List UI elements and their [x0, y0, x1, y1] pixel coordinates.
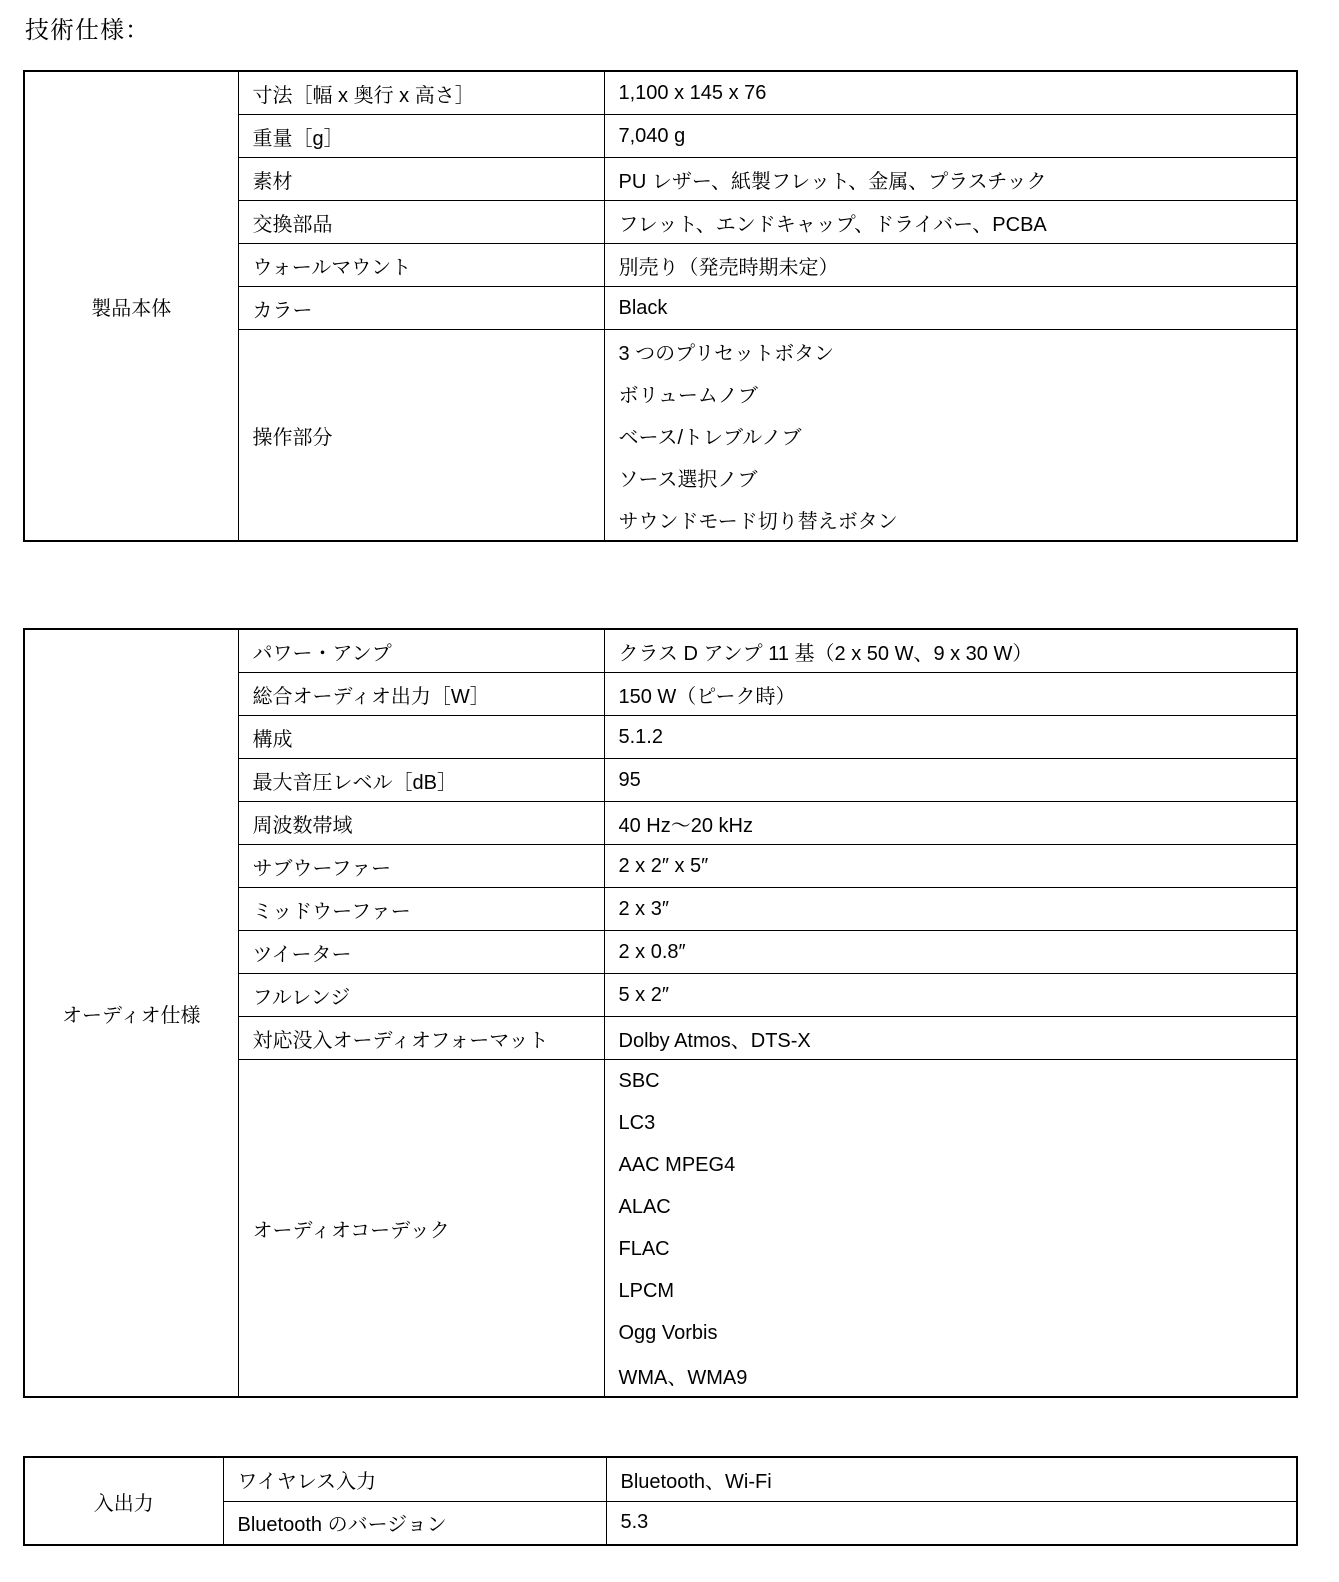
spec-value-line: 別売り（発売時期未定） [619, 244, 1291, 286]
spec-value-line: サウンドモード切り替えボタン [619, 498, 1291, 540]
spec-label-cell: 寸法［幅 x 奥行 x 高さ］ [238, 71, 604, 115]
spec-value-cell: Dolby Atmos、DTS-X [604, 1017, 1297, 1060]
spec-value-line: 5.1.2 [619, 716, 1291, 758]
spec-value-line: AAC MPEG4 [619, 1144, 1291, 1186]
spec-value-cell: Bluetooth、Wi-Fi [606, 1457, 1297, 1501]
table-row: オーディオ仕様パワー・アンプクラス D アンプ 11 基（2 x 50 W、9 … [24, 629, 1297, 673]
spec-value-cell: 5.3 [606, 1501, 1297, 1545]
spec-value-line: 3 つのプリセットボタン [619, 330, 1291, 372]
spec-value-cell: SBCLC3AAC MPEG4ALACFLACLPCMOgg VorbisWMA… [604, 1060, 1297, 1398]
spec-label-cell: 交換部品 [238, 201, 604, 244]
spec-value-line: ALAC [619, 1186, 1291, 1228]
spec-value-line: LPCM [619, 1270, 1291, 1312]
spec-value-cell: 2 x 3″ [604, 888, 1297, 931]
spec-value-cell: 別売り（発売時期未定） [604, 244, 1297, 287]
spec-value-cell: 5 x 2″ [604, 974, 1297, 1017]
spec-value-cell: 7,040 g [604, 115, 1297, 158]
spec-value-line: 95 [619, 759, 1291, 801]
spec-label-cell: ツイーター [238, 931, 604, 974]
group-header-cell: オーディオ仕様 [24, 629, 238, 1397]
spec-label-cell: 操作部分 [238, 330, 604, 542]
spec-tables-container: 製品本体寸法［幅 x 奥行 x 高さ］1,100 x 145 x 76重量［g］… [23, 70, 1296, 1546]
spec-value-line: FLAC [619, 1228, 1291, 1270]
spec-value-cell: 3 つのプリセットボタンボリュームノブベース/トレブルノブソース選択ノブサウンド… [604, 330, 1297, 542]
spec-label-cell: 重量［g］ [238, 115, 604, 158]
spec-value-line: クラス D アンプ 11 基（2 x 50 W、9 x 30 W） [619, 630, 1291, 672]
table-row: 製品本体寸法［幅 x 奥行 x 高さ］1,100 x 145 x 76 [24, 71, 1297, 115]
spec-label-cell: Bluetooth のバージョン [223, 1501, 606, 1545]
spec-label-cell: オーディオコーデック [238, 1060, 604, 1398]
spec-value-line: ソース選択ノブ [619, 456, 1291, 498]
spec-value-line: Black [619, 287, 1291, 329]
spec-value-cell: 95 [604, 759, 1297, 802]
spec-value-line: 1,100 x 145 x 76 [619, 72, 1291, 114]
spec-value-line: Bluetooth、Wi-Fi [621, 1458, 1291, 1500]
spec-label-cell: サブウーファー [238, 845, 604, 888]
spec-value-line: ベース/トレブルノブ [619, 414, 1291, 456]
page-title: 技術仕様： [25, 14, 150, 48]
spec-label-cell: 最大音圧レベル［dB］ [238, 759, 604, 802]
group-header-cell: 製品本体 [24, 71, 238, 541]
spec-value-line: ボリュームノブ [619, 372, 1291, 414]
spec-label-cell: 素材 [238, 158, 604, 201]
spec-label-cell: フルレンジ [238, 974, 604, 1017]
spec-value-cell: PU レザー、紙製フレット、金属、プラスチック [604, 158, 1297, 201]
spec-value-cell: フレット、エンドキャップ、ドライバー、PCBA [604, 201, 1297, 244]
spec-label-cell: 周波数帯域 [238, 802, 604, 845]
spec-value-cell: 2 x 0.8″ [604, 931, 1297, 974]
spec-value-line: LC3 [619, 1102, 1291, 1144]
spec-label-cell: パワー・アンプ [238, 629, 604, 673]
spec-label-cell: 対応没入オーディオフォーマット [238, 1017, 604, 1060]
spec-value-cell: 40 Hz～20 kHz [604, 802, 1297, 845]
spec-value-line: Ogg Vorbis [619, 1312, 1291, 1354]
table-row: 入出力ワイヤレス入力Bluetooth、Wi-Fi [24, 1457, 1297, 1501]
spec-value-cell: Black [604, 287, 1297, 330]
spec-value-line: 7,040 g [619, 115, 1291, 157]
spec-value-line: WMA、WMA9 [619, 1354, 1291, 1396]
spec-value-cell: クラス D アンプ 11 基（2 x 50 W、9 x 30 W） [604, 629, 1297, 673]
spec-value-line: 150 W（ピーク時） [619, 673, 1291, 715]
spec-value-cell: 150 W（ピーク時） [604, 673, 1297, 716]
spec-value-cell: 2 x 2″ x 5″ [604, 845, 1297, 888]
spec-label-cell: ウォールマウント [238, 244, 604, 287]
spec-value-line: 40 Hz～20 kHz [619, 802, 1291, 844]
spec-value-line: PU レザー、紙製フレット、金属、プラスチック [619, 158, 1291, 200]
spec-value-line: SBC [619, 1060, 1291, 1102]
spec-value-line: 5.3 [621, 1502, 1291, 1544]
spec-label-cell: 総合オーディオ出力［W］ [238, 673, 604, 716]
spec-label-cell: ワイヤレス入力 [223, 1457, 606, 1501]
spec-value-line: フレット、エンドキャップ、ドライバー、PCBA [619, 201, 1291, 243]
spec-value-line: Dolby Atmos、DTS-X [619, 1017, 1291, 1059]
spec-table-product-body: 製品本体寸法［幅 x 奥行 x 高さ］1,100 x 145 x 76重量［g］… [23, 70, 1298, 542]
spec-label-cell: ミッドウーファー [238, 888, 604, 931]
spec-value-cell: 5.1.2 [604, 716, 1297, 759]
spec-label-cell: 構成 [238, 716, 604, 759]
spec-table-input-output: 入出力ワイヤレス入力Bluetooth、Wi-FiBluetooth のバージョ… [23, 1456, 1298, 1546]
group-header-cell: 入出力 [24, 1457, 223, 1545]
spec-table-audio-spec: オーディオ仕様パワー・アンプクラス D アンプ 11 基（2 x 50 W、9 … [23, 628, 1298, 1398]
spec-value-cell: 1,100 x 145 x 76 [604, 71, 1297, 115]
document-page: 技術仕様： 製品本体寸法［幅 x 奥行 x 高さ］1,100 x 145 x 7… [0, 0, 1339, 1582]
spec-value-line: 5 x 2″ [619, 974, 1291, 1016]
spec-label-cell: カラー [238, 287, 604, 330]
spec-value-line: 2 x 0.8″ [619, 931, 1291, 973]
spec-value-line: 2 x 3″ [619, 888, 1291, 930]
spec-value-line: 2 x 2″ x 5″ [619, 845, 1291, 887]
